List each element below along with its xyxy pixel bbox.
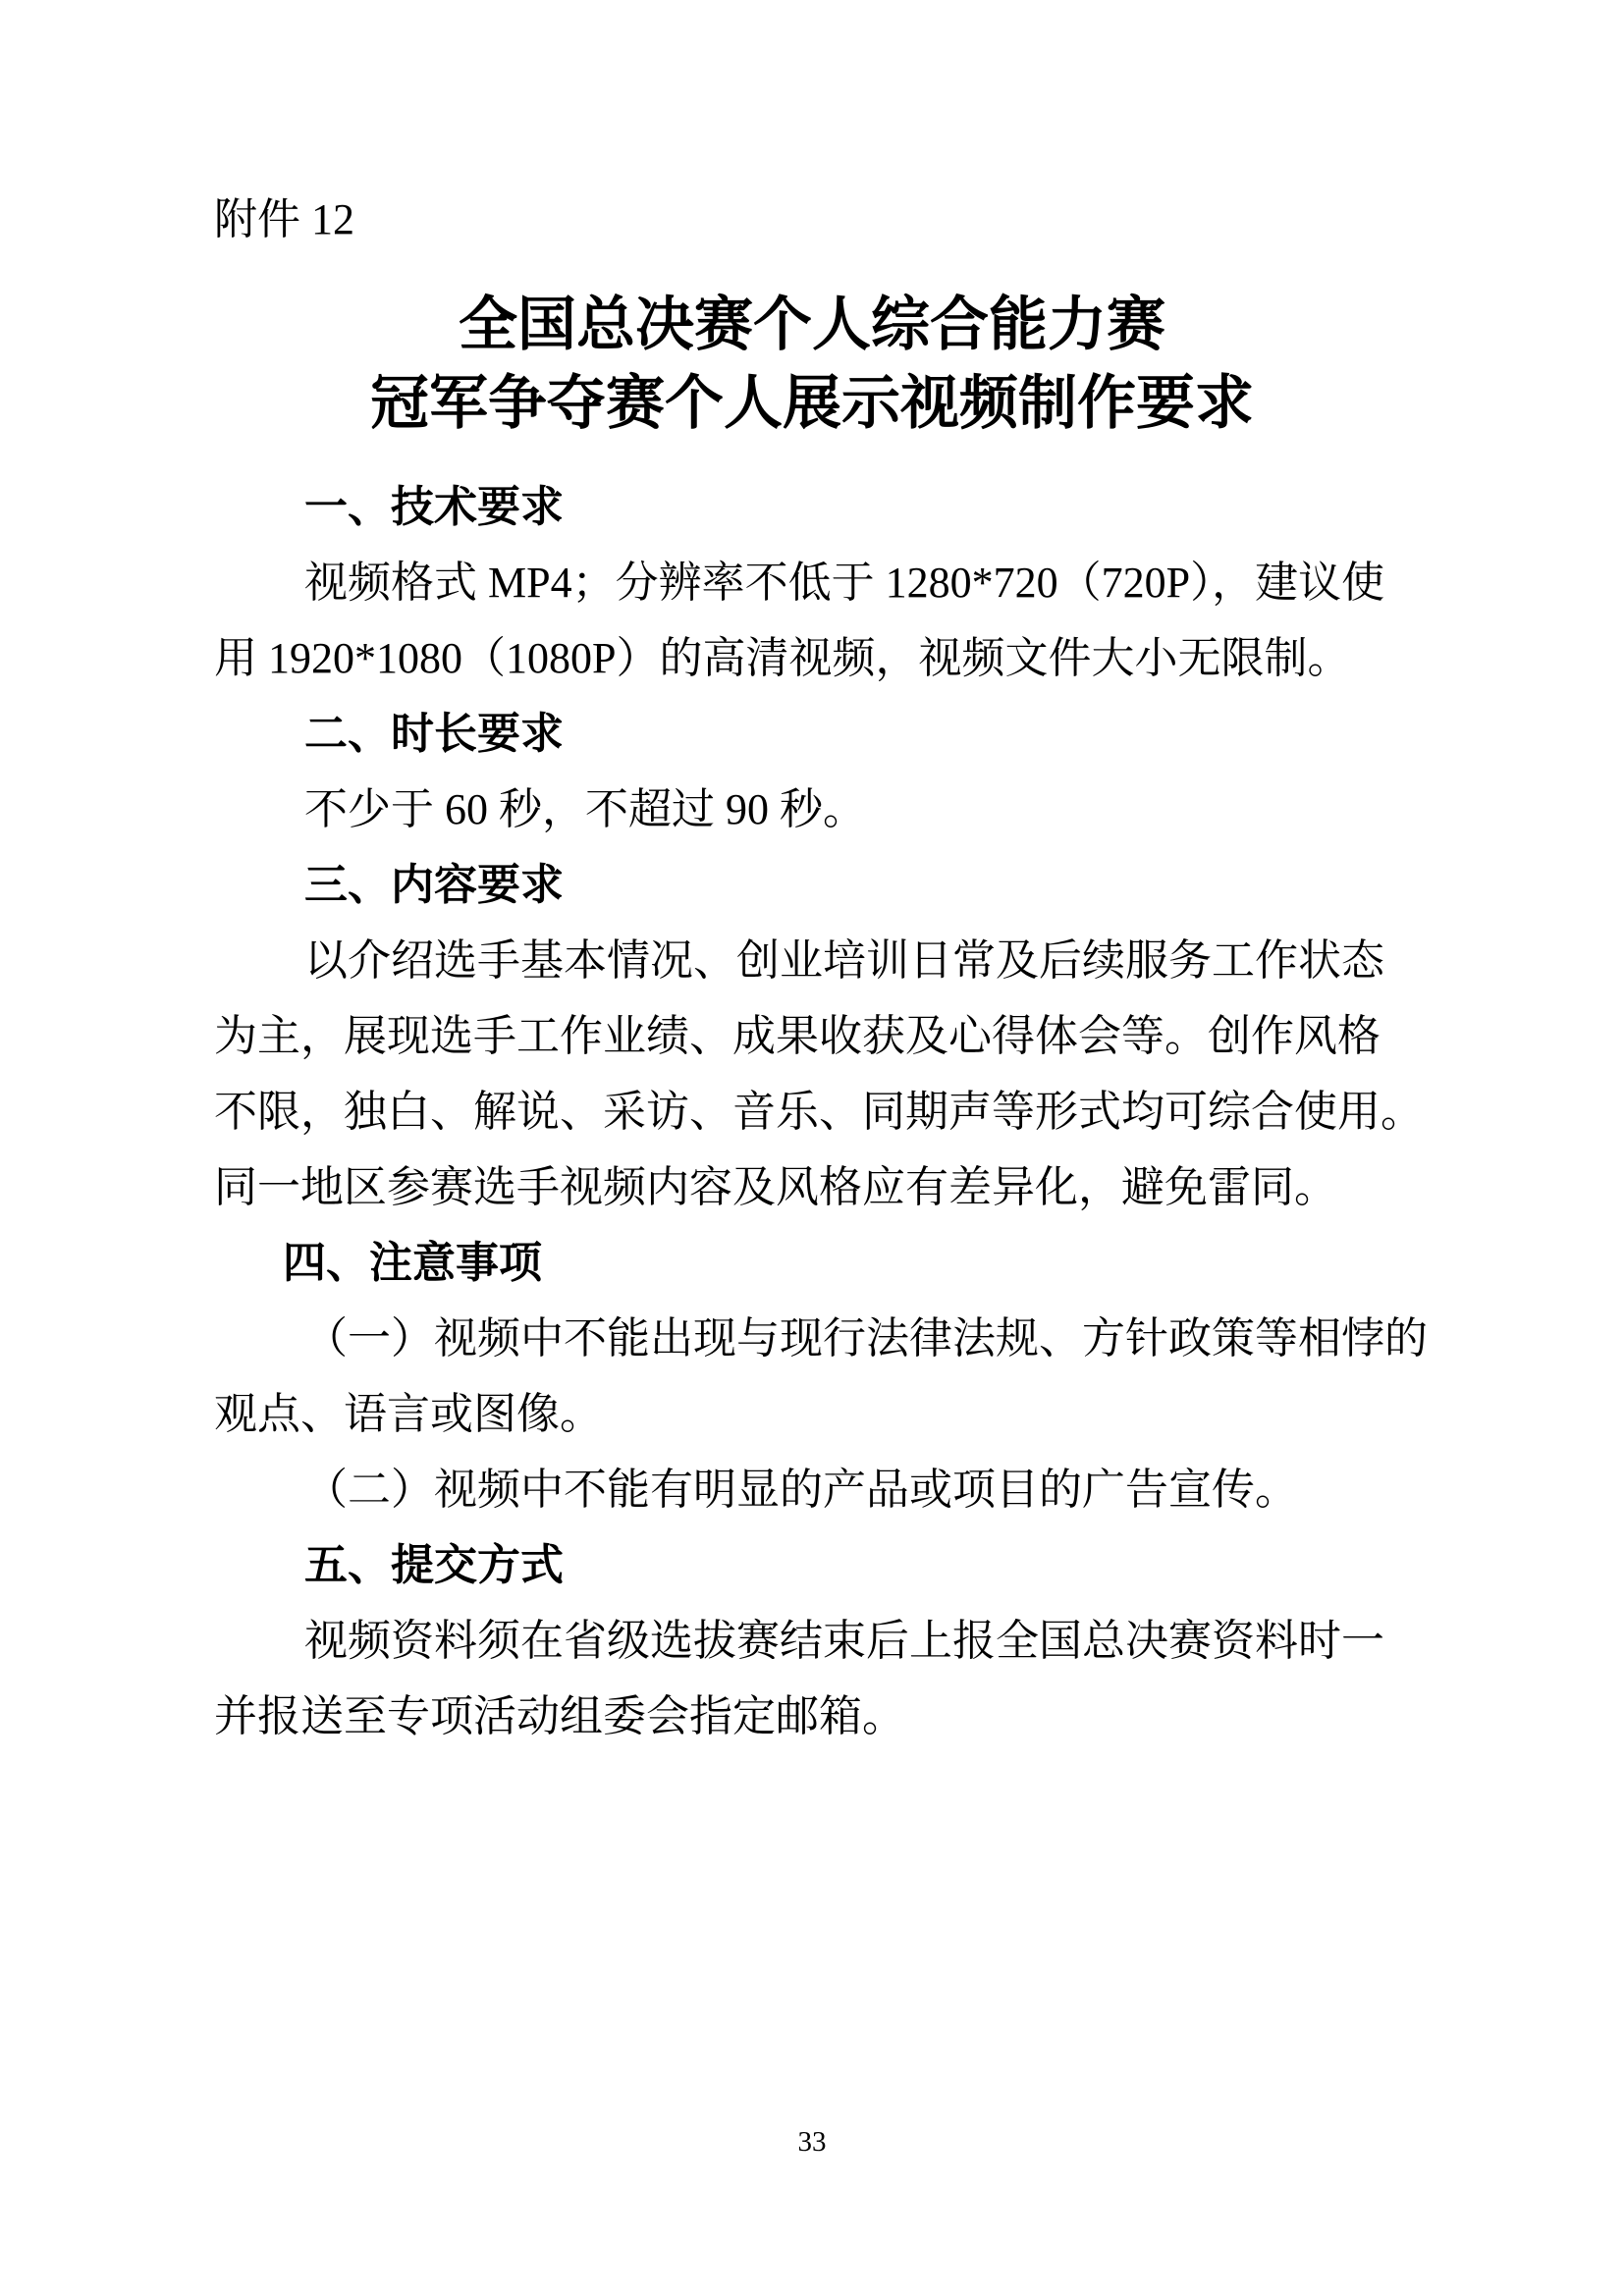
document-line: 不少于 60 秒，不超过 90 秒。 — [214, 772, 1410, 847]
document-line: 用 1920*1080（1080P）的高清视频，视频文件大小无限制。 — [214, 620, 1410, 696]
section-heading: 五、提交方式 — [214, 1527, 1410, 1603]
section-1: 一、技术要求视频格式 MP4；分辨率不低于 1280*720（720P），建议使… — [214, 469, 1410, 696]
section-4: 四、注意事项（一）视频中不能出现与现行法律法规、方针政策等相悖的观点、语言或图像… — [214, 1225, 1410, 1527]
document-content: 附件 12 全国总决赛个人综合能力赛 冠军争夺赛个人展示视频制作要求 一、技术要… — [214, 0, 1410, 1754]
section-heading: 一、技术要求 — [214, 469, 1410, 545]
document-title-line1: 全国总决赛个人综合能力赛 — [214, 286, 1410, 364]
document-title: 全国总决赛个人综合能力赛 冠军争夺赛个人展示视频制作要求 — [214, 286, 1410, 443]
document-line: 视频资料须在省级选拔赛结束后上报全国总决赛资料时一 — [214, 1603, 1410, 1679]
section-3: 三、内容要求以介绍选手基本情况、创业培训日常及后续服务工作状态为主，展现选手工作… — [214, 847, 1410, 1225]
document-line: 不限，独白、解说、采访、音乐、同期声等形式均可综合使用。 — [214, 1074, 1410, 1149]
page-number: 33 — [0, 2126, 1624, 2158]
attachment-label: 附件 12 — [214, 182, 1410, 257]
document-title-line2: 冠军争夺赛个人展示视频制作要求 — [214, 364, 1410, 443]
document-line: 并报送至专项活动组委会指定邮箱。 — [214, 1679, 1410, 1754]
section-heading: 三、内容要求 — [214, 847, 1410, 923]
section-5: 五、提交方式视频资料须在省级选拔赛结束后上报全国总决赛资料时一并报送至专项活动组… — [214, 1527, 1410, 1754]
document-page: 附件 12 全国总决赛个人综合能力赛 冠军争夺赛个人展示视频制作要求 一、技术要… — [0, 0, 1624, 2296]
document-line: （一）视频中不能出现与现行法律法规、方针政策等相悖的 — [214, 1301, 1410, 1376]
section-heading: 四、注意事项 — [214, 1225, 1410, 1301]
section-2: 二、时长要求不少于 60 秒，不超过 90 秒。 — [214, 696, 1410, 847]
document-line: 以介绍选手基本情况、创业培训日常及后续服务工作状态 — [214, 923, 1410, 998]
document-line: （二）视频中不能有明显的产品或项目的广告宣传。 — [214, 1452, 1410, 1527]
document-line: 为主，展现选手工作业绩、成果收获及心得体会等。创作风格 — [214, 998, 1410, 1074]
document-body: 一、技术要求视频格式 MP4；分辨率不低于 1280*720（720P），建议使… — [214, 469, 1410, 1754]
section-heading: 二、时长要求 — [214, 696, 1410, 772]
document-line: 同一地区参赛选手视频内容及风格应有差异化，避免雷同。 — [214, 1149, 1410, 1225]
document-line: 观点、语言或图像。 — [214, 1376, 1410, 1452]
document-line: 视频格式 MP4；分辨率不低于 1280*720（720P），建议使 — [214, 545, 1410, 620]
